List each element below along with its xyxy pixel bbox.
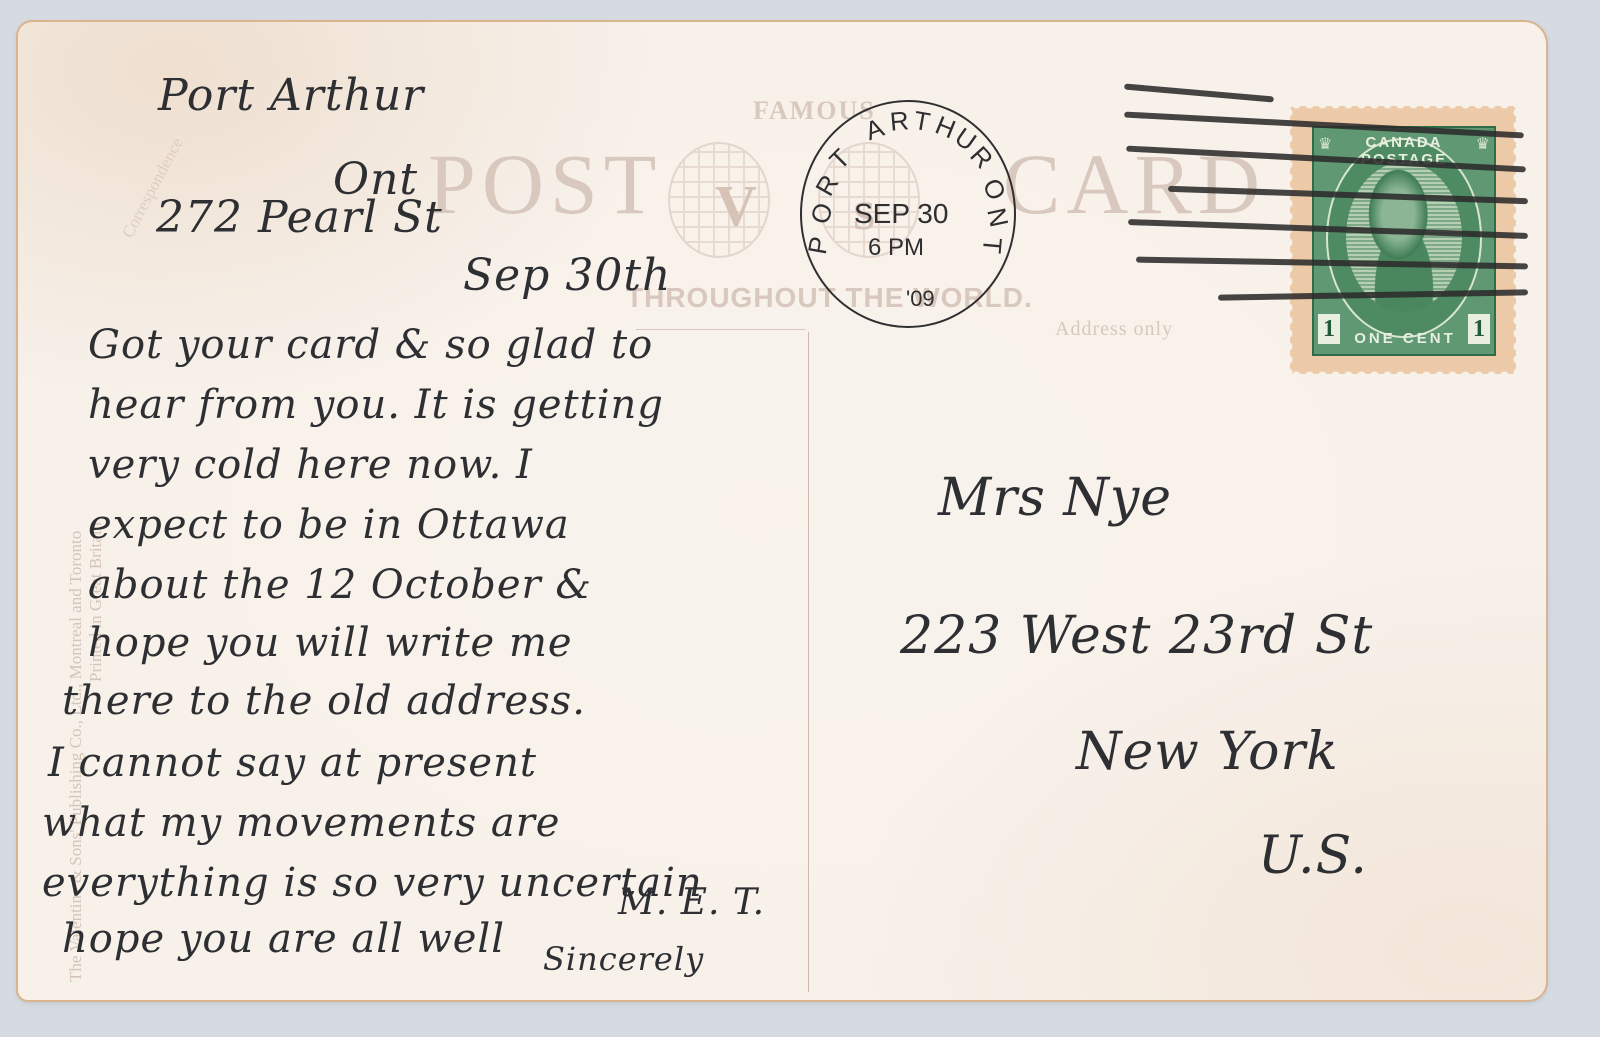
crown-icon: ♛	[1318, 134, 1332, 153]
address-name: Mrs Nye	[938, 468, 1172, 528]
message-line-1: Got your card & so glad to	[88, 322, 653, 368]
printed-post: POST	[428, 134, 662, 234]
stamp-denomination: ONE CENT	[1350, 330, 1460, 347]
message-line-6: hope you will write me	[88, 620, 573, 666]
printed-rule	[636, 329, 806, 330]
header-city: Port Arthur	[158, 70, 424, 121]
header-date: Sep 30th	[463, 250, 671, 301]
printed-address-only: Address only	[1055, 318, 1173, 341]
king-portrait-icon	[1346, 162, 1462, 312]
message-line-5: about the 12 October &	[88, 562, 592, 608]
message-line-4: expect to be in Ottawa	[88, 502, 570, 548]
postmark-time: 6 PM	[868, 234, 924, 262]
signoff-closing: Sincerely	[543, 940, 704, 978]
header-street: 272 Pearl St	[156, 192, 443, 243]
message-line-7: there to the old address.	[62, 678, 586, 724]
stamp-value-right: 1	[1468, 314, 1490, 344]
postmark-date: SEP 30	[854, 198, 948, 230]
postmark-circle: P O R T A R T H U R O N T SEP 30 6 PM '0…	[800, 100, 1016, 328]
stamp-value-left: 1	[1318, 314, 1340, 344]
crown-icon: ♛	[1476, 134, 1490, 153]
message-line-9: what my movements are	[42, 800, 560, 846]
address-city: New York	[1076, 722, 1339, 782]
message-line-11: hope you are all well	[62, 916, 505, 962]
message-line-2: hear from you. It is getting	[88, 382, 664, 428]
signoff-initials: M. E. T.	[618, 882, 765, 923]
center-divider	[808, 332, 809, 992]
stamp: CANADA POSTAGE ONE CENT 1 1 ♛ ♛	[1290, 106, 1516, 374]
cancel-line	[1124, 83, 1274, 102]
postcard-back: FAMOUS POST CARD V S THROUGHOUT THE WORL…	[18, 22, 1546, 1000]
address-country: U.S.	[1258, 826, 1368, 886]
message-line-8: I cannot say at present	[48, 740, 537, 786]
globe-letter-v: V	[715, 172, 757, 239]
message-line-3: very cold here now. I	[88, 442, 533, 488]
postmark-year: '09	[906, 286, 935, 312]
address-street: 223 West 23rd St	[900, 606, 1373, 666]
message-line-10: everything is so very uncertain	[42, 860, 703, 906]
